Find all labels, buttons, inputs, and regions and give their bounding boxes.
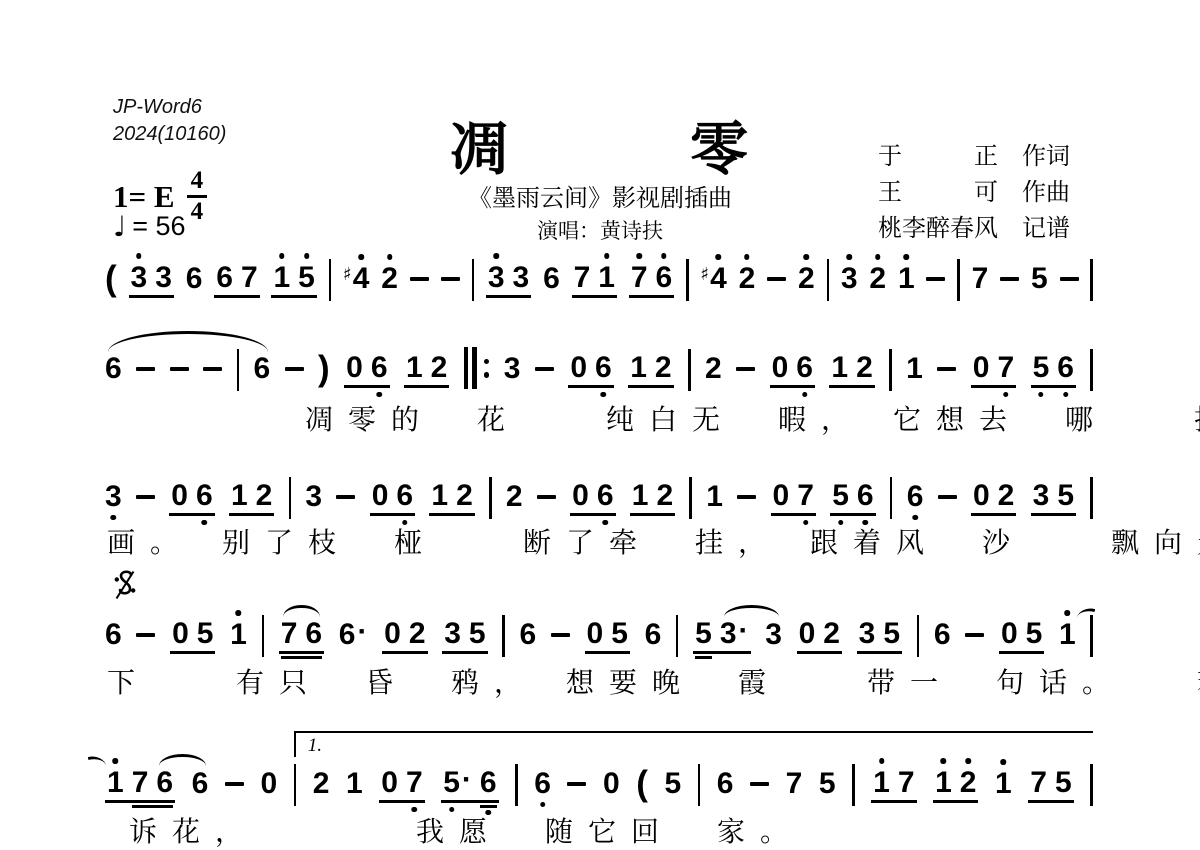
note-digit: 1 (230, 620, 247, 650)
note-1: 1 (231, 481, 248, 511)
note-5: 5 (1055, 768, 1072, 798)
note-digit: 2 (381, 264, 398, 294)
note-6: 6 (216, 263, 233, 293)
beam-group: 05 (585, 619, 630, 654)
time-signature-denominator: 4 (191, 198, 204, 225)
note-1: 1 (346, 769, 363, 799)
note-digit: 7 (972, 264, 989, 294)
dash-note-extension (965, 633, 984, 637)
beam-group: 12 (933, 768, 978, 803)
dash-note-extension (737, 495, 756, 499)
note-5: 5· (443, 768, 472, 798)
beam-group: 75 (1028, 768, 1073, 803)
dash-note-extension (136, 367, 155, 371)
note-digit: 6 (305, 619, 322, 649)
repeat-start-sign (464, 345, 490, 391)
note-digit: 5 (1026, 619, 1043, 649)
note-6: 6 (934, 620, 951, 650)
note-3: 3 (105, 482, 122, 512)
barline (686, 259, 689, 301)
time-signature-numerator: 4 (187, 168, 208, 198)
note-digit: 6 (543, 264, 560, 294)
beam-group: 06 (570, 481, 615, 516)
note-3: 3 (513, 263, 530, 293)
note-1: 1 (995, 769, 1012, 799)
note-digit: 2 (409, 619, 426, 649)
note-3: 3 (131, 263, 148, 293)
note-digit: 0 (587, 619, 604, 649)
barline (688, 349, 691, 391)
beam-group: 15 (271, 263, 316, 298)
note-6: 6 (105, 354, 122, 384)
sheet-music-page: JP-Word6 2024(10160) 凋 零 《墨雨云间》影视剧插曲 演唱：… (0, 0, 1200, 850)
note-1: 1 (831, 353, 848, 383)
octave-up-dot (965, 758, 971, 764)
note-0: 0 (973, 353, 990, 383)
note-7: 7 (898, 768, 915, 798)
octave-up-dot (493, 253, 499, 259)
octave-up-dot (1001, 759, 1007, 765)
note-digit: 0 (1001, 619, 1018, 649)
note-1: 1 (598, 263, 615, 293)
note-digit: 5 (298, 263, 315, 293)
note-digit: 2 (960, 768, 977, 798)
note-0: 0 (381, 768, 398, 798)
time-signature: 4 4 (187, 168, 208, 226)
note-digit: 2 (313, 769, 330, 799)
note-3: 3 (488, 263, 505, 293)
lyrics-line-4: 诉花， 我愿 随它回 家。 (107, 810, 1189, 850)
beam-group: 56 (1031, 353, 1076, 388)
barline (1090, 764, 1093, 806)
note-digit: 3 (105, 482, 122, 512)
octave-down-dot (912, 515, 918, 521)
beam-group: 06 (344, 353, 389, 388)
note-3: 3 (305, 482, 322, 512)
beam-group: 35 (1031, 481, 1076, 516)
note-digit: 6 (105, 354, 122, 384)
note-0: 0 (772, 353, 789, 383)
dash-note-extension (1000, 277, 1019, 281)
note-0: 0 (587, 619, 604, 649)
beam-group: 53· (693, 619, 750, 654)
note-digit: 3 (1033, 481, 1050, 511)
note-digit: 7 (997, 353, 1014, 383)
beam-group: 76 (279, 619, 324, 654)
octave-up-dot (744, 254, 750, 260)
note-digit: 3 (305, 482, 322, 512)
note-digit: 2 (739, 264, 756, 294)
octave-up-dot (804, 254, 810, 260)
tie-arc (724, 605, 779, 617)
barline (689, 477, 692, 519)
octave-up-dot (941, 758, 947, 764)
note-5: 5 (1026, 619, 1043, 649)
note-digit: 6 (907, 482, 924, 512)
note-6: 6 (717, 769, 734, 799)
note-digit: 2 (456, 481, 473, 511)
note-6: 6 (543, 264, 560, 294)
note-6: 6 (907, 482, 924, 512)
note-digit: 0 (973, 481, 990, 511)
note-1: 1 (273, 263, 290, 293)
barline-thick (472, 347, 477, 389)
note-digit: 7 (786, 769, 803, 799)
note-digit: 7 (898, 768, 915, 798)
note-digit: 2 (823, 619, 840, 649)
note-digit: 6 (595, 353, 612, 383)
volta-bracket: 1. (294, 731, 1093, 757)
dash-note-extension (285, 367, 304, 371)
beam-group: 56 (830, 481, 875, 516)
note-7: 7 (406, 768, 423, 798)
note-digit: 0 (570, 353, 587, 383)
note-7: 7 (797, 481, 814, 511)
octave-up-dot (604, 253, 610, 259)
note-6: 6 (196, 481, 213, 511)
tempo-value: = 56 (132, 211, 185, 242)
octave-up-dot (904, 254, 910, 260)
barline (957, 259, 960, 301)
note-6: 6 (192, 769, 209, 799)
note-digit: 3 (131, 263, 148, 293)
note-6: 6 (156, 768, 173, 798)
note-digit: 6 (597, 481, 614, 511)
note-digit: 2 (869, 264, 886, 294)
parenthesis: ( (636, 766, 648, 801)
note-digit: 5 (1057, 481, 1074, 511)
composer-credit: 王 可 作曲 (878, 175, 1070, 211)
octave-down-dot (601, 392, 607, 398)
note-5: 5 (664, 769, 681, 799)
dash-note-extension (736, 367, 755, 371)
note-digit: 1 (898, 264, 915, 294)
beam-group: 12 (404, 353, 449, 388)
music-line-4: 6051766·0235605653·302356051 (105, 608, 1093, 654)
note-6: 6 (1057, 353, 1074, 383)
note-digit: 3 (488, 263, 505, 293)
note-1: 1 (630, 353, 647, 383)
octave-up-dot (661, 253, 667, 259)
note-7: 7 (786, 769, 803, 799)
note-digit: 1 (831, 353, 848, 383)
note-digit: 6 (186, 264, 203, 294)
note-7: 7 (241, 263, 258, 293)
note-6: 6 (857, 481, 874, 511)
dash-note-extension (767, 277, 786, 281)
note-0: 0 (346, 353, 363, 383)
note-7: 7 (574, 263, 591, 293)
note-3: 3 (1033, 481, 1050, 511)
note-1: 1 (632, 481, 649, 511)
note-7: 7 (972, 264, 989, 294)
parenthesis: ( (105, 261, 117, 296)
octave-down-dot (1038, 392, 1044, 398)
note-3: 3 (155, 263, 172, 293)
note-0: 0 (572, 481, 589, 511)
note-5: 5 (1057, 481, 1074, 511)
note-0: 0 (171, 481, 188, 511)
note-digit: 2 (655, 353, 672, 383)
note-6: 6 (305, 619, 322, 649)
note-digit: 5 (443, 768, 460, 798)
note-digit: 0 (260, 769, 277, 799)
note-5: 5 (469, 619, 486, 649)
note-6: 6 (186, 264, 203, 294)
note-3: 3 (859, 619, 876, 649)
note-1: 1 (898, 264, 915, 294)
note-digit: 6 (253, 354, 270, 384)
note-2: 2 (506, 482, 523, 512)
note-2: 2 (256, 481, 273, 511)
note-6: 6 (534, 769, 551, 799)
note-0: 0 (973, 481, 990, 511)
note-4: ♯4 (700, 264, 726, 294)
lyrics-line-2: 画。 别了枝 桠 断了牵 挂， 跟着风 沙 飘向天 涯。 夕阳西 (107, 521, 1167, 561)
dash-note-extension (170, 367, 189, 371)
beam-group: 05 (999, 619, 1044, 654)
note-digit: 3 (444, 619, 461, 649)
note-2: 2 (856, 353, 873, 383)
augmentation-dot: · (357, 617, 367, 647)
note-6: 6 (371, 353, 388, 383)
note-digit: 1 (431, 481, 448, 511)
note-digit: 4 (710, 264, 727, 294)
dash-note-extension (136, 495, 155, 499)
beam-group: 71 (572, 263, 617, 298)
note-2: 2 (431, 353, 448, 383)
parenthesis: ) (318, 351, 330, 386)
note-digit: 1 (906, 354, 923, 384)
dash-note-extension (1060, 277, 1079, 281)
note-0: 0 (384, 619, 401, 649)
note-2: 2 (823, 619, 840, 649)
note-digit: 0 (603, 769, 620, 799)
beam-group: 12 (429, 481, 474, 516)
beam-group: 35 (857, 619, 902, 654)
note-digit: 1 (935, 768, 952, 798)
note-6: 6 (656, 263, 673, 293)
note-digit: 3 (513, 263, 530, 293)
barline (890, 477, 893, 519)
dash-note-extension (551, 633, 570, 637)
note-digit: 7 (132, 768, 149, 798)
note-7: 7 (281, 619, 298, 649)
note-digit: 5 (695, 619, 712, 649)
note-digit: 7 (281, 619, 298, 649)
note-5: 5 (695, 619, 712, 649)
barline (1090, 349, 1093, 391)
beam-group: 02 (971, 481, 1016, 516)
note-6: 6 (597, 481, 614, 511)
note-2: 2 (798, 264, 815, 294)
note-0: 0 (372, 481, 389, 511)
beam-group: 12 (628, 353, 673, 388)
note-2: 2 (409, 619, 426, 649)
beam-group: 76 (629, 263, 674, 298)
note-7: 7 (1030, 768, 1047, 798)
barline (1090, 259, 1093, 301)
note-5: 5 (611, 619, 628, 649)
repeat-dot (484, 359, 490, 365)
note-0: 0 (799, 619, 816, 649)
octave-down-dot (376, 392, 382, 398)
note-5: 5 (298, 263, 315, 293)
note-5: 5 (197, 619, 214, 649)
beam-group: 12 (229, 481, 274, 516)
note-digit: 1 (273, 263, 290, 293)
note-digit: 6 (796, 353, 813, 383)
note-digit: 6 (396, 481, 413, 511)
octave-down-dot (802, 392, 808, 398)
note-digit: 6 (196, 481, 213, 511)
note-digit: 3 (504, 354, 521, 384)
note-digit: 0 (772, 353, 789, 383)
beam-group: 07 (379, 768, 424, 803)
note-digit: 6 (934, 620, 951, 650)
note-5: 5 (883, 619, 900, 649)
lyrics-line-1: 凋零的 花 纯白无 暇， 它想去 哪 把相思 (107, 398, 1200, 438)
octave-down-dot (111, 515, 117, 521)
beam-group: 76 (281, 619, 322, 649)
note-6: 6 (253, 354, 270, 384)
note-digit: 0 (799, 619, 816, 649)
credits-block: 于 正 作词 王 可 作曲 桃李醉春风 记谱 (878, 139, 1070, 247)
note-digit: 3 (841, 264, 858, 294)
barline-thin (464, 347, 468, 389)
note-digit: 5 (883, 619, 900, 649)
barline (502, 615, 505, 657)
note-digit: 5 (197, 619, 214, 649)
dash-note-extension (537, 495, 556, 499)
note-1: 1 (230, 620, 247, 650)
barline (294, 764, 297, 806)
note-digit: 4 (353, 264, 370, 294)
beam-group: 67 (214, 263, 259, 298)
repeat-dots (484, 359, 490, 378)
barline (289, 477, 292, 519)
note-digit: 0 (171, 481, 188, 511)
tie-arc (283, 605, 319, 617)
note-5: 5 (1031, 264, 1048, 294)
note-6: 6 (796, 353, 813, 383)
note-digit: 6 (534, 769, 551, 799)
barline (489, 477, 492, 519)
music-line-5: 1766021075·660(567517121751. (105, 757, 1093, 803)
note-digit: 6 (519, 620, 536, 650)
note-digit: 5 (1033, 353, 1050, 383)
note-5: 5 (832, 481, 849, 511)
note-6: 6 (480, 768, 497, 798)
note-3: 3· (720, 619, 749, 649)
note-7: 7 (132, 768, 149, 798)
note-digit: 1 (1059, 620, 1076, 650)
note-digit: 7 (574, 263, 591, 293)
note-1: 1 (935, 768, 952, 798)
note-digit: 0 (372, 481, 389, 511)
barline (676, 615, 679, 657)
beam-group: 06 (370, 481, 415, 516)
note-digit: 1 (406, 353, 423, 383)
barline (1090, 477, 1093, 519)
dash-note-extension (535, 367, 554, 371)
note-1: 1 (107, 768, 124, 798)
volta-label: 1. (308, 735, 322, 757)
note-0: 0 (570, 353, 587, 383)
beam-group: 02 (797, 619, 842, 654)
note-digit: 6 (717, 769, 734, 799)
note-2: 2 (960, 768, 977, 798)
note-digit: 3 (859, 619, 876, 649)
dash-note-extension (937, 367, 956, 371)
dash-note-extension (336, 495, 355, 499)
note-digit: 2 (506, 482, 523, 512)
beam-group: 33 (129, 263, 174, 298)
note-0: 0 (773, 481, 790, 511)
note-3: 3 (444, 619, 461, 649)
note-2: 2 (739, 264, 756, 294)
barline (827, 259, 830, 301)
note-2: 2 (656, 481, 673, 511)
beam-group: 06 (770, 353, 815, 388)
beam-group: 12 (630, 481, 675, 516)
note-digit: 6 (480, 768, 497, 798)
segno-icon (112, 568, 138, 607)
note-0: 0 (260, 769, 277, 799)
barline (515, 764, 518, 806)
beam-group: 12 (829, 353, 874, 388)
note-digit: 0 (381, 768, 398, 798)
octave-up-dot (279, 253, 285, 259)
note-1: 1 (873, 768, 890, 798)
lyrics-line-3: 下 有只 昏 鸦， 想要晚 霞 带一 句话。 若遇着 花 就告 (107, 661, 1167, 701)
beam-group: 6 (480, 768, 497, 798)
dash-note-extension (750, 782, 769, 786)
note-digit: 5 (611, 619, 628, 649)
beam-group: 33 (486, 263, 531, 298)
note-digit: 1 (632, 481, 649, 511)
note-7: 7 (997, 353, 1014, 383)
note-digit: 0 (172, 619, 189, 649)
note-2: 2 (381, 264, 398, 294)
note-digit: 1 (995, 769, 1012, 799)
octave-up-dot (846, 254, 852, 260)
octave-up-dot (236, 610, 242, 616)
note-1: 1 (706, 482, 723, 512)
augmentation-dot: · (739, 616, 749, 646)
note-digit: 5 (469, 619, 486, 649)
note-7: 7 (631, 263, 648, 293)
beam-group: 05 (170, 619, 215, 654)
note-digit: 6 (105, 620, 122, 650)
octave-up-dot (636, 253, 642, 259)
note-0: 0 (172, 619, 189, 649)
barline (917, 615, 920, 657)
beam-group: 35 (442, 619, 487, 654)
octave-up-dot (387, 254, 393, 260)
octave-up-dot (113, 758, 119, 764)
note-digit: 2 (998, 481, 1015, 511)
note-1: 1 (431, 481, 448, 511)
note-6: 6 (595, 353, 612, 383)
beam-group: 5·6 (441, 768, 498, 803)
tie-arc (159, 754, 206, 766)
beam-group: 76 (132, 768, 173, 798)
music-line-1: (3366715♯423367176♯42232175 (105, 252, 1093, 298)
note-digit: 1 (346, 769, 363, 799)
note-6: 6 (645, 620, 662, 650)
note-digit: 5 (819, 769, 836, 799)
